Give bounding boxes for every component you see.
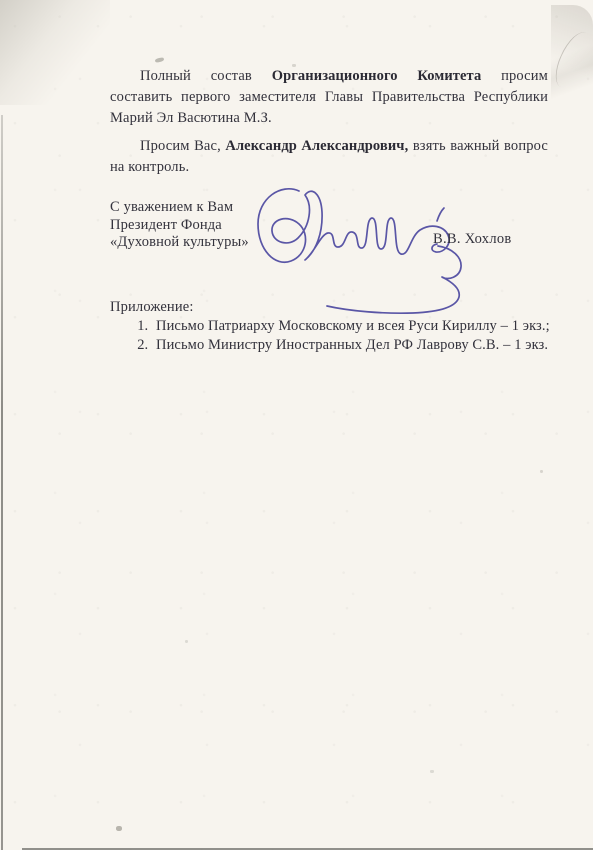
closing-line-title: Президент Фонда [110, 217, 249, 235]
attachments-label: Приложение: [110, 298, 555, 316]
scan-speck [185, 640, 188, 643]
closing-line-fund: «Духовной культуры» [110, 234, 249, 252]
attachment-item: Письмо Министру Иностранных Дел РФ Лавро… [152, 336, 555, 355]
closing-block: С уважением к Вам Президент Фонда «Духов… [110, 199, 249, 252]
signer-name: В.В. Хохлов [433, 231, 512, 248]
scan-speck [116, 826, 122, 831]
scan-speck [430, 770, 434, 773]
attachments-block: Приложение: Письмо Патриарху Московскому… [110, 298, 555, 354]
closing-line-regards: С уважением к Вам [110, 199, 249, 217]
paragraph-committee: Полный состав Организационного Комитета … [110, 66, 548, 129]
scan-smudge-top-left [0, 0, 110, 105]
paragraph-request-pre: Просим Вас, [140, 138, 225, 154]
paragraph-request-bold: Александр Александрович, [225, 138, 408, 154]
attachments-list: Письмо Патриарху Московскому и всея Руси… [110, 317, 555, 354]
scan-speck [155, 57, 165, 63]
paragraph-request: Просим Вас, Александр Александрович, взя… [110, 136, 548, 178]
paragraph-committee-pre: Полный состав [140, 68, 272, 84]
scanned-letter-page: Полный состав Организационного Комитета … [0, 0, 593, 850]
attachment-item: Письмо Патриарху Московскому и всея Руси… [152, 317, 555, 336]
scan-speck [540, 470, 543, 473]
paragraph-committee-bold: Организационного Комитета [272, 68, 482, 84]
scan-edge-left [1, 115, 3, 850]
